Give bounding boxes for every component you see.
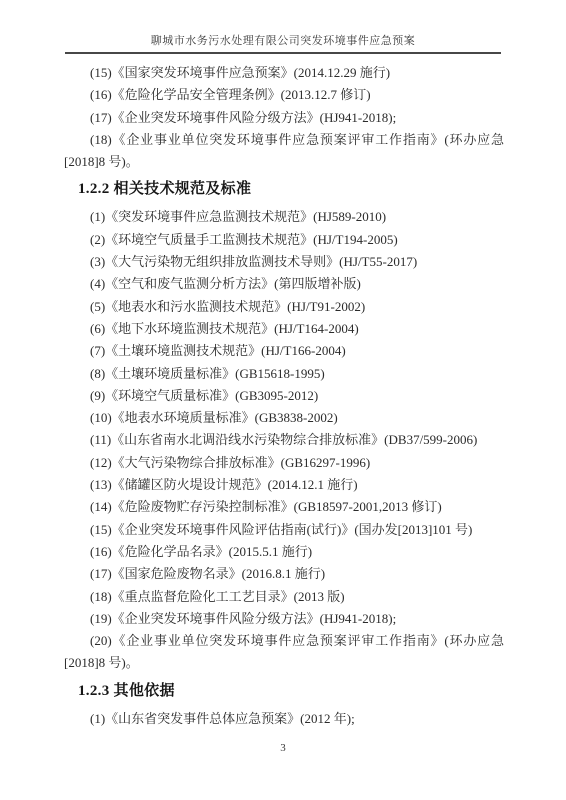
page-number: 3: [280, 742, 286, 754]
list-item: (3)《大气污染物无组织排放监测技术导则》(HJ/T55-2017): [64, 251, 504, 273]
document-page: 聊城市水务污水处理有限公司突发环境事件应急预案 (15)《国家突发环境事件应急预…: [0, 0, 566, 800]
list-item: (18)《企业事业单位突发环境事件应急预案评审工作指南》(环办应急[2018]8…: [64, 129, 504, 174]
document-body: (15)《国家突发环境事件应急预案》(2014.12.29 施行) (16)《危…: [64, 54, 504, 730]
list-item: (16)《危险化学品安全管理条例》(2013.12.7 修订): [64, 84, 504, 106]
page-header: 聊城市水务污水处理有限公司突发环境事件应急预案: [0, 0, 566, 54]
list-item: (1)《山东省突发事件总体应急预案》(2012 年);: [64, 708, 504, 730]
list-item: (5)《地表水和污水监测技术规范》(HJ/T91-2002): [64, 296, 504, 318]
section-intro-list: (15)《国家突发环境事件应急预案》(2014.12.29 施行) (16)《危…: [64, 62, 504, 173]
list-item: (4)《空气和废气监测分析方法》(第四版增补版): [64, 273, 504, 295]
list-item: (16)《危险化学品名录》(2015.5.1 施行): [64, 541, 504, 563]
list-item: (15)《企业突发环境事件风险评估指南(试行)》(国办发[2013]101 号): [64, 519, 504, 541]
list-item: (13)《储罐区防火堤设计规范》(2014.12.1 施行): [64, 474, 504, 496]
list-item: (9)《环境空气质量标准》(GB3095-2012): [64, 385, 504, 407]
list-item: (19)《企业突发环境事件风险分级方法》(HJ941-2018);: [64, 608, 504, 630]
list-item: (17)《企业突发环境事件风险分级方法》(HJ941-2018);: [64, 107, 504, 129]
list-item: (7)《土壤环境监测技术规范》(HJ/T166-2004): [64, 340, 504, 362]
list-item: (17)《国家危险废物名录》(2016.8.1 施行): [64, 563, 504, 585]
section-1-2-2-list: (1)《突发环境事件应急监测技术规范》(HJ589-2010) (2)《环境空气…: [64, 206, 504, 674]
page-footer: 3: [0, 738, 566, 756]
section-heading-1-2-2: 1.2.2 相关技术规范及标准: [78, 179, 504, 200]
section-heading-1-2-3: 1.2.3 其他依据: [78, 681, 504, 702]
list-item: (12)《大气污染物综合排放标准》(GB16297-1996): [64, 452, 504, 474]
list-item: (18)《重点监督危险化工工艺目录》(2013 版): [64, 586, 504, 608]
list-item: (10)《地表水环境质量标准》(GB3838-2002): [64, 407, 504, 429]
list-item: (6)《地下水环境监测技术规范》(HJ/T164-2004): [64, 318, 504, 340]
header-title: 聊城市水务污水处理有限公司突发环境事件应急预案: [0, 34, 566, 48]
list-item: (8)《土壤环境质量标准》(GB15618-1995): [64, 363, 504, 385]
list-item: (2)《环境空气质量手工监测技术规范》(HJ/T194-2005): [64, 229, 504, 251]
list-item: (14)《危险废物贮存污染控制标准》(GB18597-2001,2013 修订): [64, 496, 504, 518]
list-item: (15)《国家突发环境事件应急预案》(2014.12.29 施行): [64, 62, 504, 84]
list-item: (11)《山东省南水北调沿线水污染物综合排放标准》(DB37/599-2006): [64, 429, 504, 451]
list-item: (1)《突发环境事件应急监测技术规范》(HJ589-2010): [64, 206, 504, 228]
list-item: (20)《企业事业单位突发环境事件应急预案评审工作指南》(环办应急[2018]8…: [64, 630, 504, 675]
section-1-2-3-list: (1)《山东省突发事件总体应急预案》(2012 年);: [64, 708, 504, 730]
